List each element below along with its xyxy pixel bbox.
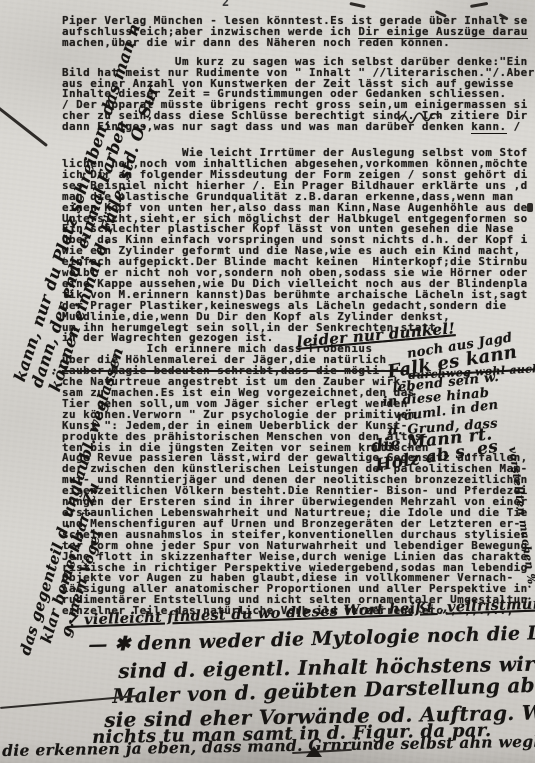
ink-blot-triangle: [306, 746, 322, 757]
ink-speck: [349, 2, 365, 8]
typewritten-text-column: Piper Verlag München - lesen könntest.Es…: [62, 16, 532, 617]
typed-text: /: [507, 120, 521, 133]
page-number: 2: [222, 0, 229, 9]
ink-speck: [0, 104, 48, 147]
typed-text: kann.: [471, 120, 506, 134]
ink-scribble: [398, 110, 440, 129]
ink-speck: [470, 2, 488, 8]
scanned-letter-page: 2 Piper Verlag München - lesen könntest.…: [0, 0, 535, 763]
ink-speck: [527, 203, 533, 212]
